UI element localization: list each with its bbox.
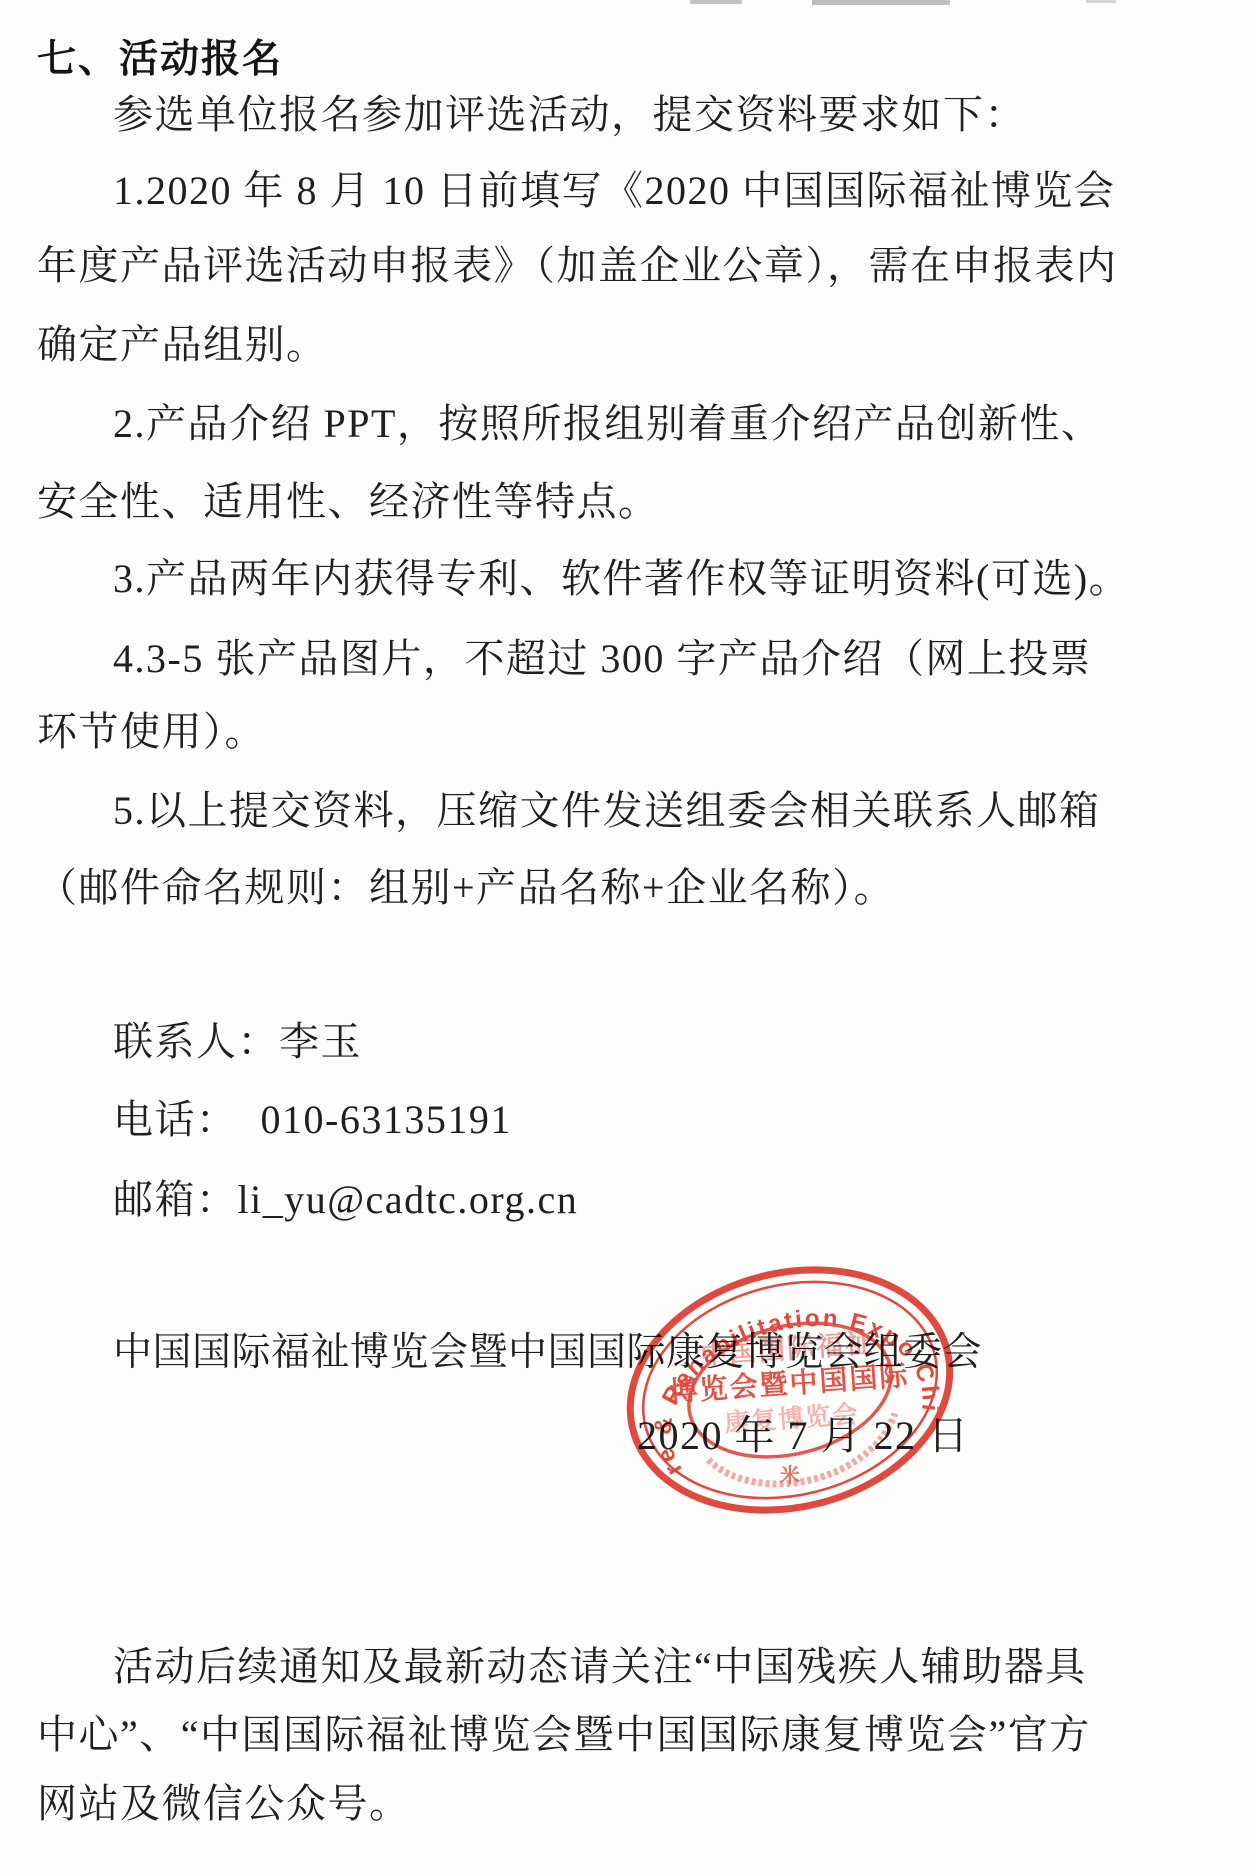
contact-phone-line: 电话： 010-63135191 xyxy=(113,1097,512,1143)
paragraph-line: 年度产品评选活动申报表》（加盖企业公章），需在申报表内 xyxy=(37,243,1118,289)
date-line: 2020 年 7 月 22 日 xyxy=(637,1413,970,1459)
paragraph-line: 3.产品两年内获得专利、软件著作权等证明资料(可选)。 xyxy=(113,556,1130,602)
scan-artifact xyxy=(690,0,742,4)
footer-line: 网站及微信公众号。 xyxy=(37,1781,411,1827)
paragraph-line: 参选单位报名参加评选活动，提交资料要求如下： xyxy=(113,92,1026,138)
contact-email-line: 邮箱：li_yu@cadtc.org.cn xyxy=(113,1177,578,1223)
scan-artifact xyxy=(1086,0,1116,3)
paragraph-line: 4.3-5 张产品图片，不超过 300 字产品介绍（网上投票 xyxy=(113,636,1091,682)
paragraph-line: 1.2020 年 8 月 10 日前填写《2020 中国国际福祉博览会 xyxy=(113,168,1116,214)
scan-artifact xyxy=(812,0,950,5)
paragraph-line: （邮件命名规则：组别+产品名称+企业名称）。 xyxy=(37,865,895,911)
seal-bottom-glyph: 米 xyxy=(780,1463,800,1487)
official-seal-stamp: Care & Rehabilitation Expo China 米 中国国际福… xyxy=(590,1225,990,1555)
paragraph-line: 安全性、适用性、经济性等特点。 xyxy=(37,479,660,525)
paragraph-line: 确定产品组别。 xyxy=(37,322,328,368)
footer-line: 活动后续通知及最新动态请关注“中国残疾人辅助器具 xyxy=(113,1644,1087,1690)
seal-graphic: Care & Rehabilitation Expo China 米 中国国际福… xyxy=(590,1225,990,1555)
paragraph-line: 环节使用）。 xyxy=(37,709,266,755)
scanned-document-page: 七、活动报名 参选单位报名参加评选活动，提交资料要求如下： 1.2020 年 8… xyxy=(0,0,1256,1874)
footer-line: 中心”、“中国国际福祉博览会暨中国国际康复博览会”官方 xyxy=(37,1712,1091,1758)
org-signature-line: 中国国际福祉博览会暨中国国际康复博览会组委会 xyxy=(113,1331,982,1376)
paragraph-line: 2.产品介绍 PPT，按照所报组别着重介绍产品创新性、 xyxy=(113,401,1102,447)
contact-name-line: 联系人：李玉 xyxy=(113,1019,362,1065)
paragraph-line: 5.以上提交资料，压缩文件发送组委会相关联系人邮箱 xyxy=(113,788,1101,834)
section-heading: 七、活动报名 xyxy=(37,38,283,83)
